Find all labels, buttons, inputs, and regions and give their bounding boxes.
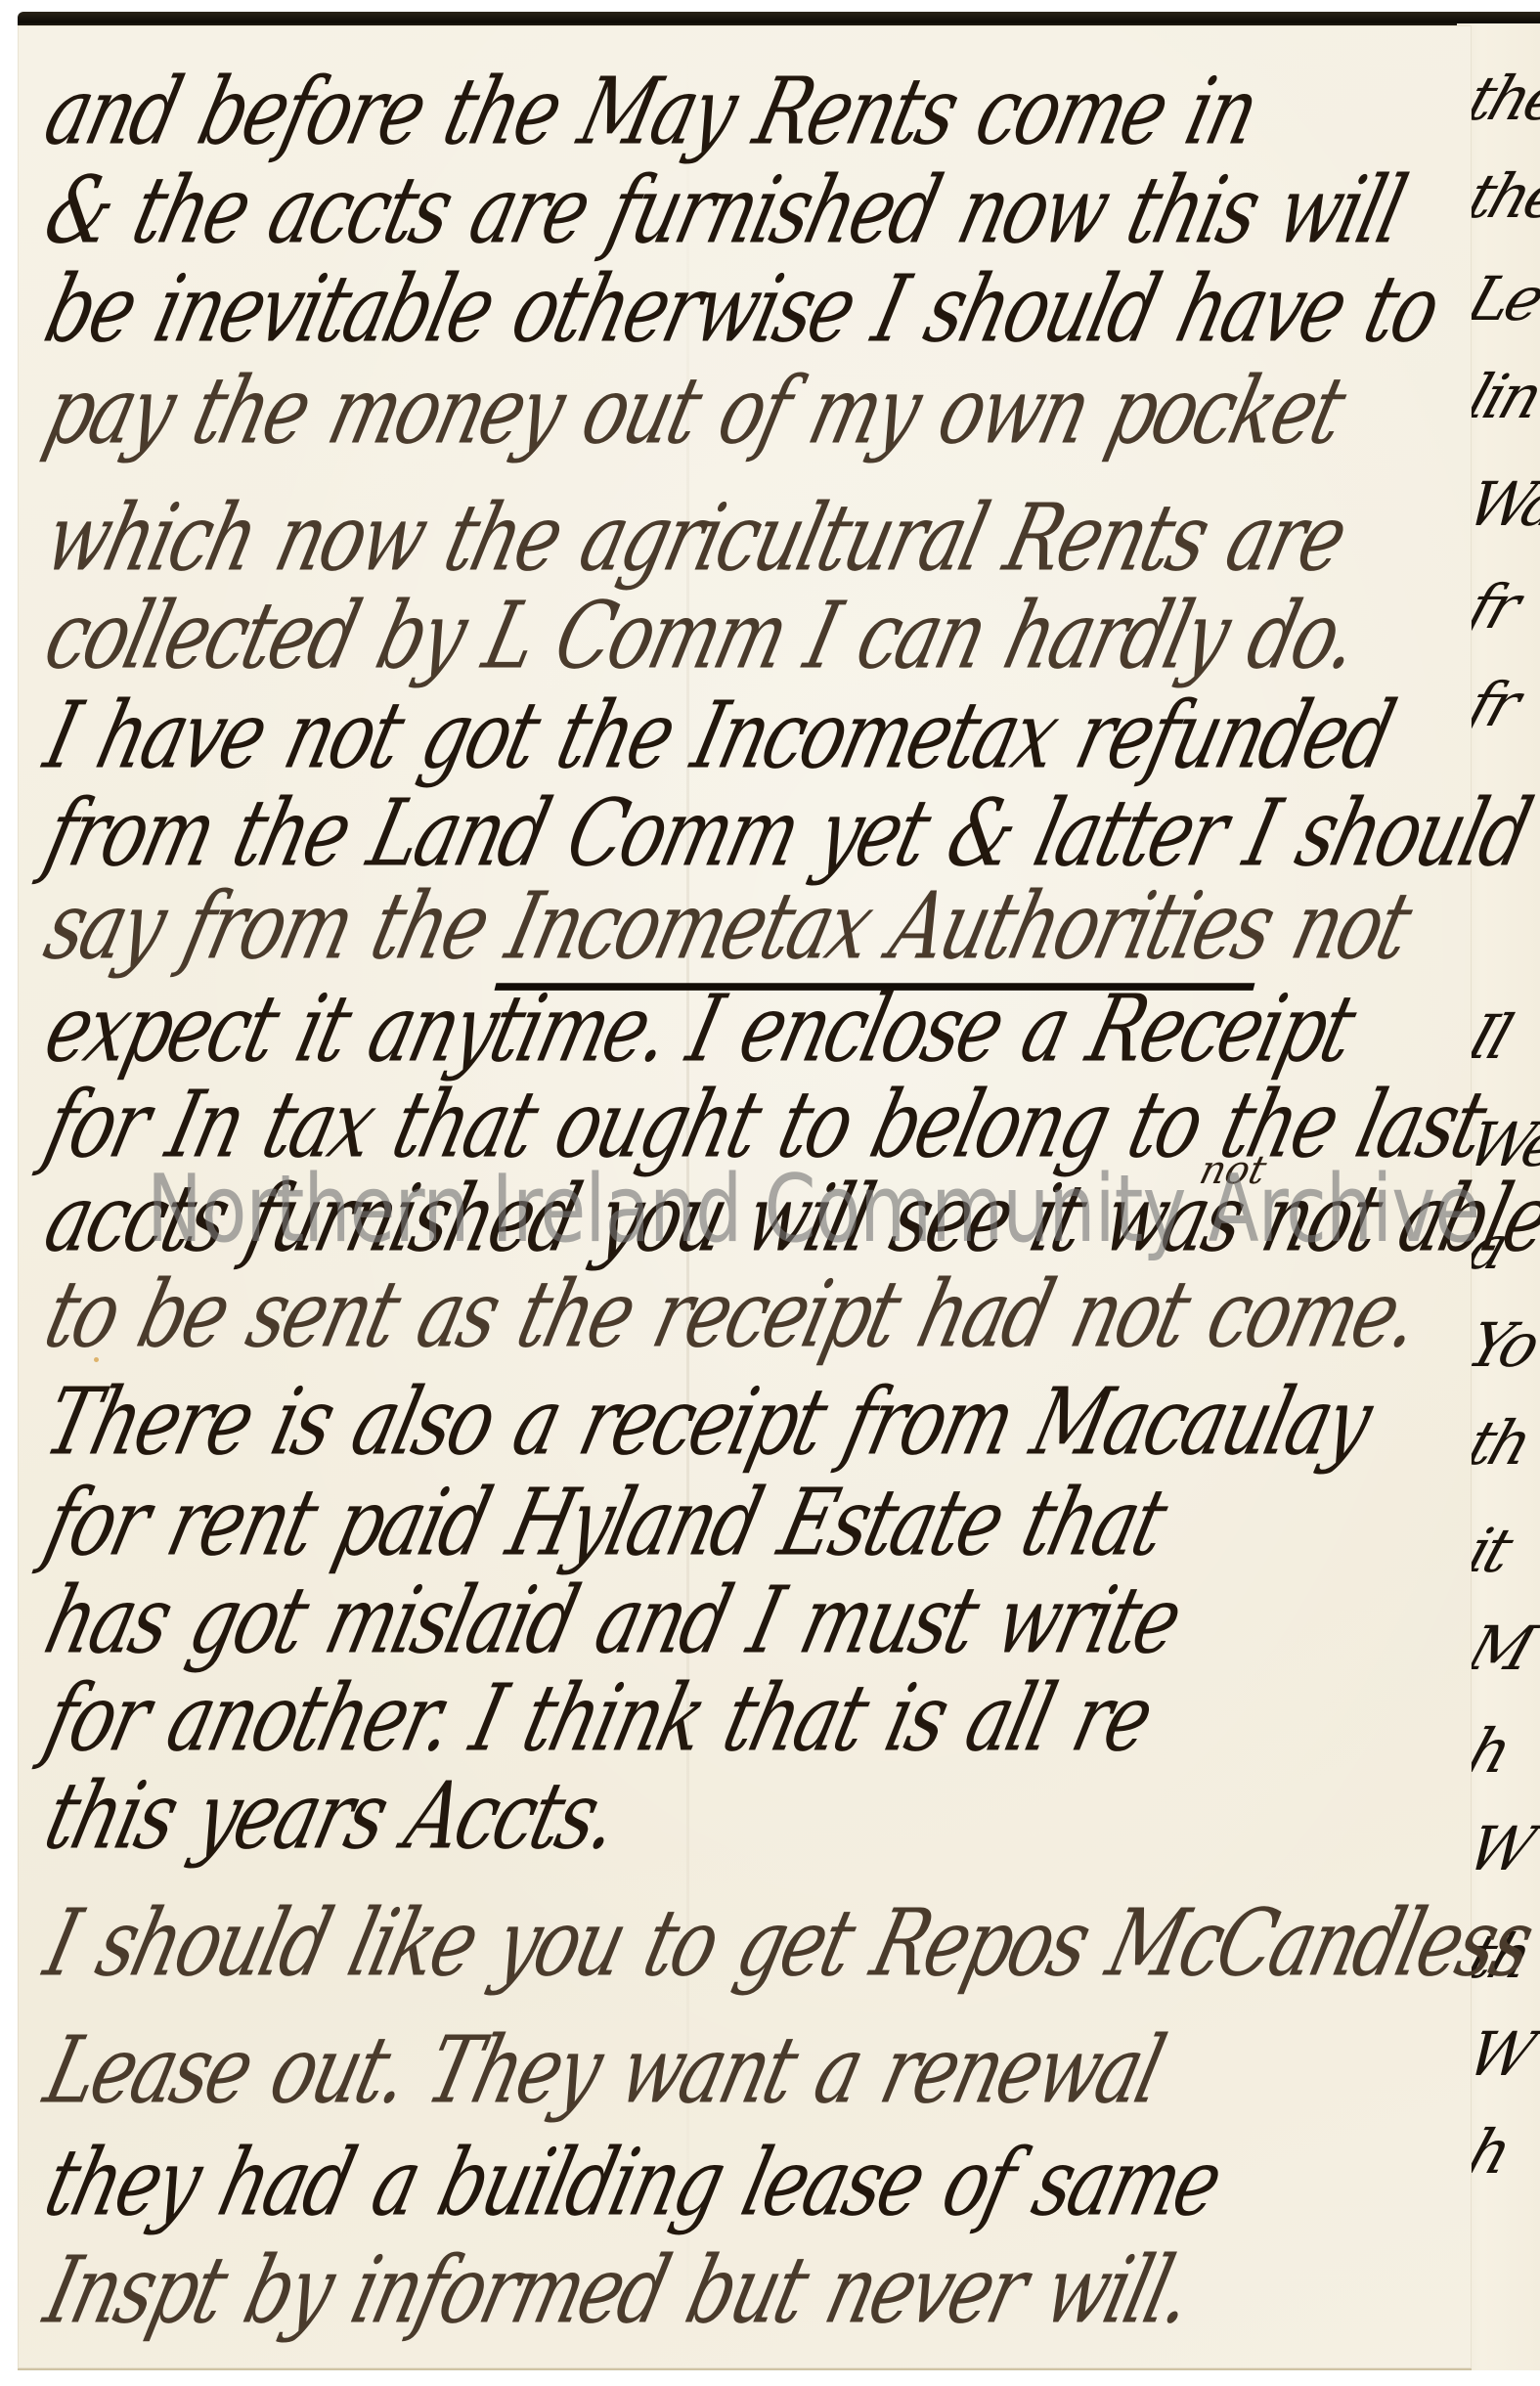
letter-line-9: say from the Incometax Authorities not [37,880,1417,973]
letter-line-17: for another. I think that is all re [37,1672,1159,1765]
letter-line-16: has got mislaid and I must write [37,1574,1188,1667]
letter-line-6: collected by L Comm I can hardly do. [37,590,1365,683]
letter-line-22: Inspt by informed but never will. [37,2244,1199,2337]
letter-line-3: be inevitable otherwise I should have to [37,263,1446,356]
letter-line-18: this years Accts. [37,1770,625,1863]
line-9-suffix: not [1255,873,1419,981]
letter-line-8: from the Land Comm yet & latter I should [37,787,1537,880]
paper-stain [94,1357,99,1362]
letter-line-7: I have not got the Incometax refunded [37,689,1400,782]
underlined-phrase: Incometax Authorities [495,873,1283,991]
line-9-prefix: say from the [35,873,524,981]
letter-line-5: which now the agricultural Rents are [37,492,1353,585]
letter-line-1: and before the May Rents come in [37,66,1264,158]
letter-line-21: they had a building lease of same [37,2137,1228,2230]
letter-page: and before the May Rents come in & the a… [18,25,1472,2370]
letter-line-12: accts furnished you will see it was not … [37,1172,1540,1265]
letter-line-19: I should like you to get Repos McCandles… [37,1897,1539,1990]
letter-line-14: There is also a receipt from Macaulay [37,1376,1378,1469]
letter-line-11: for In tax that ought to belong to the l… [37,1079,1492,1171]
letter-line-15: for rent paid Hyland Estate that [37,1477,1172,1569]
letter-line-10: expect it anytime. I enclose a Receipt [37,983,1361,1076]
letter-line-4: pay the money out of my own pocket [37,365,1351,458]
letter-line-20: Lease out. They want a renewal [37,2024,1170,2117]
letter-line-2: & the accts are furnished now this will [37,164,1412,257]
letter-line-13: to be sent as the receipt had not come. [37,1268,1426,1361]
